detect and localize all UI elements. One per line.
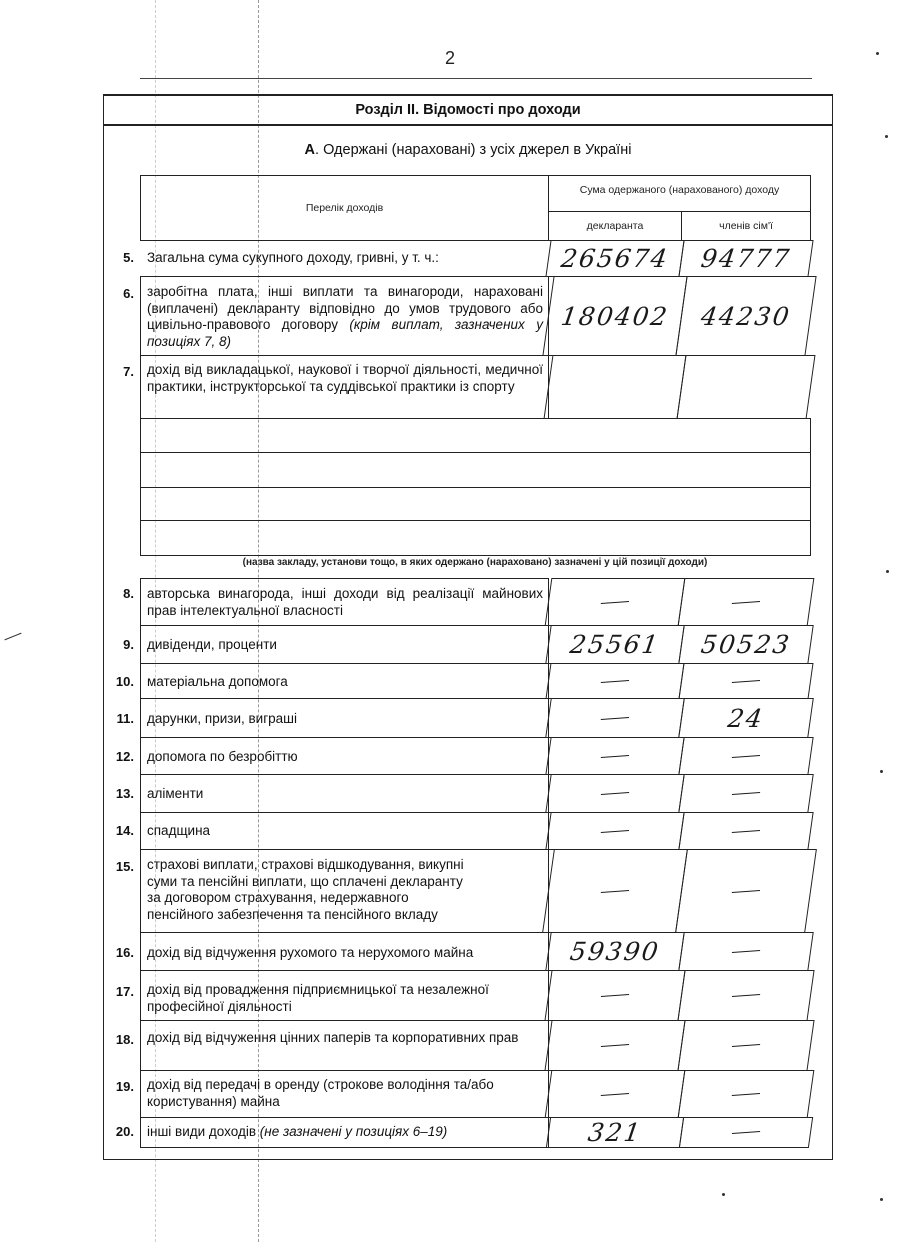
declarant-amount-field[interactable]: [544, 1020, 685, 1071]
row-number: 11.: [108, 711, 134, 726]
row-number: 17.: [108, 984, 134, 999]
declarant-amount-field[interactable]: 321: [546, 1117, 684, 1148]
subsection-letter: А: [305, 142, 315, 158]
declarant-amount-field[interactable]: 265674: [545, 240, 684, 277]
family-amount-field[interactable]: [678, 812, 813, 850]
declarant-amount-field[interactable]: 180402: [542, 276, 687, 356]
scan-pen-mark: [4, 633, 21, 641]
row-number: 13.: [108, 786, 134, 801]
dash-mark: [601, 1044, 629, 1047]
row-label: дохід від відчуження рухомого та нерухом…: [147, 945, 547, 962]
institution-caption: (назва закладу, установи тощо, в яких од…: [140, 557, 810, 568]
row-label: матеріальна допомога: [147, 674, 543, 691]
family-amount-field[interactable]: [677, 355, 816, 419]
row-number: 12.: [108, 749, 134, 764]
family-amount-field[interactable]: [678, 663, 813, 699]
row-number: 8.: [108, 586, 134, 601]
dash-mark: [732, 1131, 760, 1134]
dash-mark: [601, 994, 629, 997]
row-number: 14.: [108, 823, 134, 838]
subsection-title: А. Одержані (нараховані) з усіх джерел в…: [103, 142, 833, 158]
row-label: дохід від відчуження цінних паперів та к…: [147, 1030, 543, 1047]
declarant-amount-field[interactable]: [545, 1070, 686, 1118]
dash-mark: [601, 792, 629, 795]
institution-name-field[interactable]: [140, 520, 811, 556]
row-label: Загальна сума сукупного доходу, гривні, …: [147, 250, 547, 267]
row-number: 15.: [108, 859, 134, 874]
declarant-amount-field[interactable]: [544, 355, 687, 419]
row-number: 6.: [108, 286, 134, 301]
dash-mark: [601, 830, 629, 833]
dash-mark: [732, 830, 760, 833]
top-rule: [140, 78, 812, 79]
family-amount-field[interactable]: [677, 970, 814, 1021]
declarant-amount-field[interactable]: 59390: [545, 932, 684, 971]
institution-name-field[interactable]: [140, 487, 811, 521]
family-amount-field[interactable]: [679, 1117, 813, 1148]
family-amount-field[interactable]: [678, 774, 813, 813]
family-amount-field[interactable]: 50523: [678, 625, 813, 664]
family-amount-field[interactable]: [675, 849, 817, 933]
scan-speck: [885, 135, 888, 138]
dash-mark: [601, 680, 629, 683]
row-number: 16.: [108, 945, 134, 960]
dash-mark: [732, 792, 760, 795]
row-label: дарунки, призи, виграші: [147, 711, 543, 728]
row-label: аліменти: [147, 786, 543, 803]
declarant-amount-field[interactable]: [545, 737, 684, 775]
family-amount-field[interactable]: [677, 1020, 814, 1071]
header-sum-label: Сума одержаного (нарахованого) доходу: [548, 175, 811, 205]
family-amount-field[interactable]: 24: [678, 698, 814, 738]
row-label: страхові виплати, страхові відшкодування…: [147, 857, 473, 923]
dash-mark: [601, 890, 629, 893]
row-label: авторська винагорода, інші доходи від ре…: [147, 586, 543, 619]
row-number: 7.: [108, 364, 134, 379]
row-label: спадщина: [147, 823, 543, 840]
row-label-text: інші види доходів: [147, 1124, 260, 1139]
dash-mark: [732, 680, 760, 683]
header-family-label: членів сім'ї: [681, 211, 811, 241]
dash-mark: [732, 755, 760, 758]
declarant-amount-field[interactable]: [545, 698, 685, 738]
dash-mark: [732, 950, 760, 953]
dash-mark: [732, 1093, 760, 1096]
row-label: допомога по безробіттю: [147, 749, 543, 766]
declarant-amount-field[interactable]: 25561: [545, 625, 684, 664]
scan-speck: [722, 1193, 725, 1196]
dash-mark: [601, 601, 629, 604]
row-number: 18.: [108, 1032, 134, 1047]
dash-mark: [732, 890, 760, 893]
row-label: дохід від викладацької, наукової і творч…: [147, 362, 543, 395]
scan-speck: [886, 570, 889, 573]
row-label-note: (не зазначені у позиціях 6–19): [260, 1124, 448, 1139]
header-declarant-label: декларанта: [548, 211, 682, 241]
declarant-amount-field[interactable]: [545, 663, 684, 699]
scan-speck: [880, 1198, 883, 1201]
row-number: 9.: [108, 637, 134, 652]
family-amount-field[interactable]: 44230: [675, 276, 816, 356]
dash-mark: [601, 1093, 629, 1096]
page-number: 2: [0, 48, 900, 69]
dash-mark: [601, 717, 629, 720]
declarant-amount-field[interactable]: [544, 970, 685, 1021]
row-label: інші види доходів (не зазначені у позиці…: [147, 1124, 543, 1141]
family-amount-field[interactable]: [678, 932, 813, 971]
header-list-label: Перелік доходів: [140, 175, 549, 241]
dash-mark: [732, 601, 760, 604]
subsection-text: . Одержані (нараховані) з усіх джерел в …: [315, 142, 631, 158]
section-title: Розділ ІІ. Відомості про доходи: [103, 96, 833, 126]
row-number: 19.: [108, 1079, 134, 1094]
declarant-amount-field[interactable]: [545, 812, 684, 850]
dash-mark: [732, 994, 760, 997]
declarant-amount-field[interactable]: [545, 774, 684, 813]
declarant-amount-field[interactable]: [542, 849, 688, 933]
row-label: заробітна плата, інші виплати та винагор…: [147, 284, 543, 350]
declarant-amount-field[interactable]: [545, 578, 686, 626]
family-amount-field[interactable]: [678, 737, 813, 775]
row-number: 20.: [108, 1124, 134, 1139]
family-amount-field[interactable]: 94777: [678, 240, 813, 277]
family-amount-field[interactable]: [678, 578, 815, 626]
row-label: дивіденди, проценти: [147, 637, 543, 654]
row-number: 10.: [108, 674, 134, 689]
scan-speck: [880, 770, 883, 773]
dash-mark: [732, 1044, 760, 1047]
family-amount-field[interactable]: [678, 1070, 815, 1118]
dash-mark: [601, 755, 629, 758]
row-label: дохід від передачі в оренду (строкове во…: [147, 1077, 543, 1110]
institution-name-field[interactable]: [140, 418, 811, 453]
row-label: дохід від провадження підприємницької та…: [147, 982, 543, 1015]
row-number: 5.: [108, 250, 134, 265]
institution-name-field[interactable]: [140, 452, 811, 488]
